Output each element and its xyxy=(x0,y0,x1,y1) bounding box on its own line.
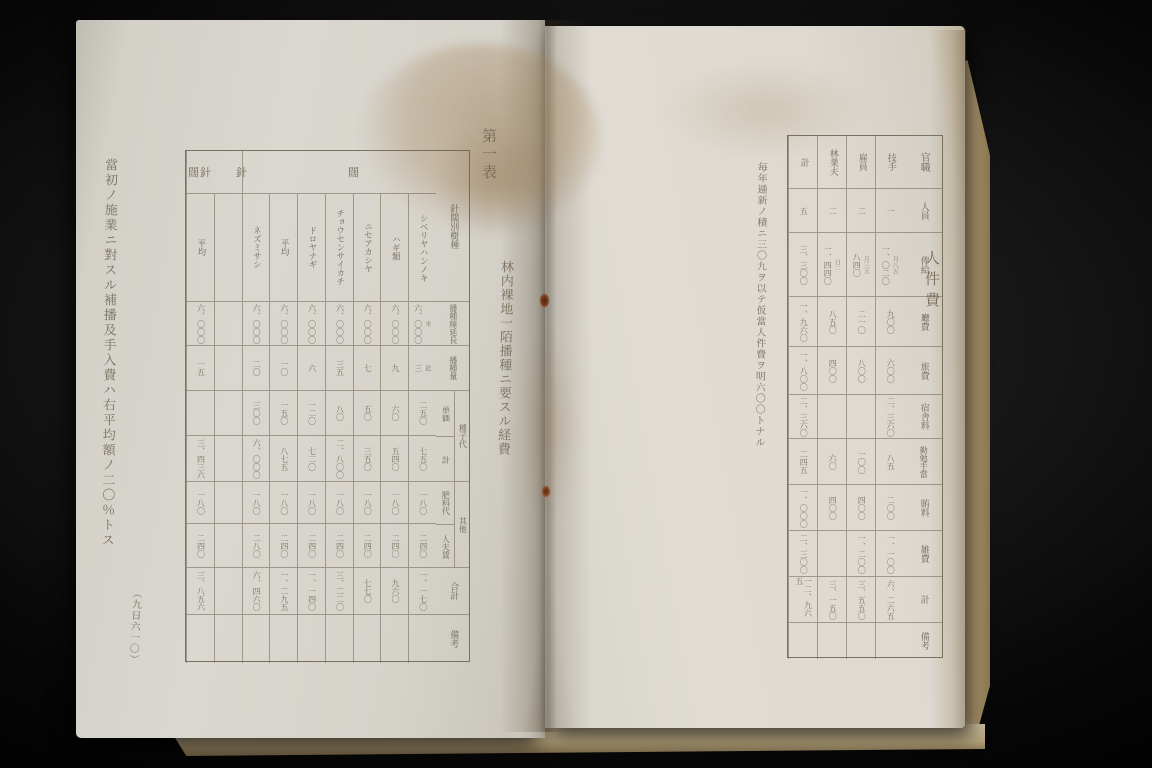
row-label: 計 xyxy=(441,456,449,464)
value-cell: 九〇〇 xyxy=(875,296,904,346)
value-fertilizer: 一八〇 xyxy=(252,491,260,515)
value-cell xyxy=(817,622,846,659)
value-cell: 一、一〇〇 xyxy=(875,530,904,576)
value-salary: 一、〇二〇 xyxy=(881,245,889,285)
value-cell: 二四〇 xyxy=(408,523,436,567)
value-cell: 四〇〇 xyxy=(846,484,875,530)
value-cell: 二〇〇 xyxy=(875,484,904,530)
value-cell: 六、二六五 xyxy=(875,576,904,622)
row-label-cell: 単価 xyxy=(436,391,454,436)
corner-label-top: 針闊別 xyxy=(448,204,457,231)
row-group-label: 種子代 xyxy=(455,391,469,481)
row-sublabels: 肥料代人夫賃 xyxy=(436,482,455,567)
value-unit_price: 五〇 xyxy=(363,405,371,421)
value-fertilizer: 一八〇 xyxy=(335,491,343,515)
row-label: 宿舎料 xyxy=(918,403,927,430)
value-total: 三、八五六 xyxy=(196,571,204,611)
species-name: 平均 xyxy=(196,239,205,256)
value-cell xyxy=(214,435,242,481)
row-label-cell: 人夫賃 xyxy=(436,524,454,567)
value-cell: 五四〇 xyxy=(380,435,408,481)
value-labor: 二四〇 xyxy=(307,534,315,558)
value-subtotal: 八七五 xyxy=(280,447,288,471)
occupation-column-3: 林業夫二日二一、四四〇八五〇四〇〇六〇四〇〇三、一五〇 xyxy=(817,136,846,657)
value-cell: 六、〇〇〇 xyxy=(325,301,353,345)
group-band-cell xyxy=(408,151,436,193)
species-name: ハギ類 xyxy=(390,235,399,261)
value-cell xyxy=(353,614,381,663)
group-band-cell xyxy=(269,151,297,193)
unit-mark: 米 xyxy=(423,321,432,327)
occupation-name-cell: 計 xyxy=(788,136,817,188)
value-fertilizer: 一八〇 xyxy=(391,491,399,515)
value-cell: 八五〇 xyxy=(817,296,846,346)
value-line_length: 六、〇〇〇 xyxy=(252,304,260,344)
row-label-cell: 宿舎料 xyxy=(904,394,942,438)
value-fertilizer: 一八〇 xyxy=(363,491,371,515)
value-subtotal: 三、四三六 xyxy=(196,439,204,479)
row-label: 合計 xyxy=(448,582,457,600)
value-headcount: 一 xyxy=(886,207,894,215)
value-cell: 二五〇 xyxy=(408,390,436,435)
value-cell: 一、二〇〇 xyxy=(846,530,875,576)
species-column-2: ハギ類六、〇〇〇九六〇五四〇一八〇二四〇九六〇 xyxy=(380,151,408,661)
value-cell: 一八〇 xyxy=(408,481,436,523)
species-name: ドロヤナギ xyxy=(307,226,316,269)
group-band-cell xyxy=(186,151,214,193)
row-label: 播種線延長 xyxy=(448,304,456,344)
value-cell: 六、四六〇 xyxy=(242,567,270,614)
species-column-8 xyxy=(214,151,242,661)
species-name: チョウセンサイカチ xyxy=(335,209,344,286)
value-cell xyxy=(325,614,353,663)
value-cell: 七 xyxy=(353,345,381,390)
value-cell: 六、〇〇〇 xyxy=(297,301,325,345)
binding-hole-top xyxy=(540,294,549,307)
row-group-label: 其他 xyxy=(455,482,469,567)
photo-stage: 當初ノ施業ニ對スル補播及手入費ハ右平均額ノ二〇％トス （九日六一〇） 第一表 林… xyxy=(0,0,1152,768)
value-unit_price: 三〇〇 xyxy=(252,401,260,425)
value-cell: 一 xyxy=(875,188,904,232)
value-cell: 八五 xyxy=(875,438,904,484)
value-cell: 二四〇 xyxy=(269,523,297,567)
value-lodging: 二、三六〇 xyxy=(886,397,894,437)
row-label-cell: 廳費 xyxy=(904,296,942,346)
value-travel: 四〇〇 xyxy=(828,359,836,383)
value-cell: 六〇 xyxy=(380,390,408,435)
value-cell: 二四〇 xyxy=(297,523,325,567)
personnel-cost-table: 官職人員俸給廳費旅費宿舎料勤勉手當賄料雑費計備考技手一月八五一、〇二〇九〇〇六〇… xyxy=(787,135,943,658)
value-cell: 八七五 xyxy=(269,435,297,481)
value-cell: 一八〇 xyxy=(186,481,214,523)
value-cell: 二、三六〇 xyxy=(875,394,904,438)
value-cell: 一八〇 xyxy=(297,481,325,523)
value-cell xyxy=(214,523,242,567)
row-label: 計 xyxy=(918,595,927,604)
value-cell: 一八〇 xyxy=(269,481,297,523)
value-seed_amount: 一五 xyxy=(196,360,204,376)
species-name-cell: シベリヤハンノキ xyxy=(408,193,436,301)
value-cell: 七七〇 xyxy=(353,567,381,614)
value-cell: 三、五五〇 xyxy=(846,576,875,622)
salary-note: 月三五 xyxy=(861,256,870,274)
value-subtotal: 七二〇 xyxy=(307,447,315,471)
group-band-cell xyxy=(353,151,381,193)
value-office: 二一〇 xyxy=(857,310,865,334)
value-seed_amount: 六 xyxy=(307,364,315,372)
value-labor: 二四〇 xyxy=(280,534,288,558)
value-total: 三、五五〇 xyxy=(857,580,865,620)
occupation-name: 林業夫 xyxy=(827,149,836,176)
value-headcount: 二 xyxy=(857,207,865,215)
value-board: 四〇〇 xyxy=(857,496,865,520)
row-label-cell: 人員 xyxy=(904,188,942,232)
value-cell: 一八〇 xyxy=(325,481,353,523)
value-unit_price: 一五〇 xyxy=(280,401,288,425)
value-cell: 六〇 xyxy=(817,438,846,484)
row-group-label-text: 種子代 xyxy=(458,424,466,448)
value-cell: 五〇 xyxy=(353,390,381,435)
value-cell: 三五〇 xyxy=(353,435,381,481)
value-cell xyxy=(380,614,408,663)
value-office: 八五〇 xyxy=(828,310,836,334)
corner-label-cell: 針闊別樹種 xyxy=(436,151,469,301)
value-cell xyxy=(817,394,846,438)
row-label: 廳費 xyxy=(918,313,927,331)
value-subtotal: 七五〇 xyxy=(418,447,426,471)
value-cell: 二、三六〇 xyxy=(788,394,817,438)
value-cell: 三〇〇 xyxy=(242,390,270,435)
value-line_length: 六、〇〇〇 xyxy=(335,304,343,344)
species-name-cell: 平均 xyxy=(269,193,297,301)
binding-hole-bottom xyxy=(542,486,550,497)
occupation-column-2: 雇員二月三五八四〇二一〇八〇〇一〇〇四〇〇一、二〇〇三、五五〇 xyxy=(846,136,875,657)
value-total: 九六〇 xyxy=(391,579,399,603)
corner-label-cell: 官職 xyxy=(904,136,942,188)
salary-note: 月八五 xyxy=(890,256,899,274)
value-cell: 一〇〇 xyxy=(846,438,875,484)
value-cell xyxy=(242,614,270,663)
row-group-label-text: 其他 xyxy=(458,517,466,533)
row-label: 人員 xyxy=(918,202,927,220)
value-line_length: 六、〇〇〇 xyxy=(280,304,288,344)
value-cell: 一、二九五 xyxy=(269,567,297,614)
value-cell: 六、〇〇〇 xyxy=(269,301,297,345)
row-label: 人夫賃 xyxy=(441,535,449,559)
value-labor: 二四〇 xyxy=(363,534,371,558)
value-salary: 八四〇 xyxy=(852,253,860,277)
unit-mark: 瓩 xyxy=(423,365,432,371)
value-cell: 四〇〇 xyxy=(817,484,846,530)
species-column-7: ネズミサシ六、〇〇〇二〇三〇〇六、〇〇〇一八〇二八〇六、四六〇 xyxy=(242,151,270,661)
species-column-1: シベリヤハンノキ六、〇〇〇米三瓩二五〇七五〇一八〇二四〇一、一七〇 xyxy=(408,151,436,661)
value-labor: 二四〇 xyxy=(196,534,204,558)
row-label-cell: 播種量 xyxy=(436,345,469,390)
value-diligence: 二四五 xyxy=(799,450,807,474)
value-unit_price: 八〇 xyxy=(335,405,343,421)
species-name-cell: ハギ類 xyxy=(380,193,408,301)
value-cell xyxy=(846,394,875,438)
value-cell: 一、八〇〇 xyxy=(788,346,817,394)
occupation-name-cell: 雇員 xyxy=(846,136,875,188)
value-cell: 一二、九六五 xyxy=(788,576,817,622)
value-total: 一、二九五 xyxy=(280,571,288,611)
value-cell: 一〇 xyxy=(269,345,297,390)
value-line_length: 六、〇〇〇 xyxy=(413,304,421,344)
value-board: 四〇〇 xyxy=(828,496,836,520)
value-diligence: 八五 xyxy=(886,454,894,470)
value-travel: 一、八〇〇 xyxy=(799,351,807,391)
value-cell: 三五 xyxy=(325,345,353,390)
value-travel: 六〇〇 xyxy=(886,359,894,383)
row-label-cell: 俸給 xyxy=(904,232,942,296)
value-cell: 六、〇〇〇米 xyxy=(408,301,436,345)
value-cell xyxy=(269,614,297,663)
value-cell xyxy=(214,481,242,523)
row-label: 播種量 xyxy=(448,356,456,380)
group-band-cell xyxy=(214,151,242,193)
water-stain-gutter xyxy=(520,330,580,520)
species-name: シベリヤハンノキ xyxy=(418,214,427,282)
value-cell: 二八〇 xyxy=(242,523,270,567)
value-cell xyxy=(875,622,904,659)
value-cell: 二一〇 xyxy=(846,296,875,346)
value-cell xyxy=(408,614,436,663)
row-label: 備考 xyxy=(918,632,927,650)
value-cell xyxy=(214,390,242,435)
value-salary: 一、四四〇 xyxy=(823,245,831,285)
value-headcount: 五 xyxy=(799,207,807,215)
corner-label: 官職 xyxy=(918,152,929,172)
row-sublabels: 単価計 xyxy=(436,391,455,481)
row-label: 備考 xyxy=(448,630,457,648)
species-name-cell: 平均 xyxy=(186,193,214,301)
value-cell: 六 xyxy=(297,345,325,390)
value-seed_amount: 九 xyxy=(391,364,399,372)
row-label-cell: 雑費 xyxy=(904,530,942,576)
value-unit_price: 六〇 xyxy=(391,405,399,421)
row-label-cell: 合計 xyxy=(436,567,469,614)
value-subtotal: 二、八〇〇 xyxy=(335,439,343,479)
value-cell: 二四〇 xyxy=(325,523,353,567)
value-cell xyxy=(297,614,325,663)
value-cell: 一、一七〇 xyxy=(408,567,436,614)
row-label-cell: 備考 xyxy=(904,622,942,659)
row-label-cell: 計 xyxy=(436,436,454,481)
value-cell xyxy=(186,614,214,663)
value-cell xyxy=(214,614,242,663)
value-cell xyxy=(214,345,242,390)
value-cell: 四〇〇 xyxy=(817,346,846,394)
value-diligence: 一〇〇 xyxy=(857,450,865,474)
value-cell: 三、四三六 xyxy=(186,435,214,481)
row-label-cell: 備考 xyxy=(436,614,469,663)
value-cell: 八〇〇 xyxy=(846,346,875,394)
value-cell xyxy=(846,622,875,659)
row-label-cell: 播種線延長 xyxy=(436,301,469,345)
value-travel: 八〇〇 xyxy=(857,359,865,383)
value-labor: 二八〇 xyxy=(252,534,260,558)
row-label: 単価 xyxy=(441,406,449,422)
value-total: 七七〇 xyxy=(363,579,371,603)
value-cell: 一、〇〇〇 xyxy=(788,484,817,530)
row-label-column: 官職人員俸給廳費旅費宿舎料勤勉手當賄料雑費計備考 xyxy=(904,136,942,657)
value-cell: 二、三〇〇 xyxy=(788,530,817,576)
value-cell: 一八〇 xyxy=(353,481,381,523)
value-cell: 一五〇 xyxy=(269,390,297,435)
row-label: 賄料 xyxy=(918,499,927,517)
value-misc: 二、三〇〇 xyxy=(799,534,807,574)
value-total: 一、一七〇 xyxy=(418,571,426,611)
value-cell: 六、〇〇〇 xyxy=(353,301,381,345)
value-office: 九〇〇 xyxy=(886,310,894,334)
row-label-group-cell: 其他肥料代人夫賃 xyxy=(436,481,469,567)
value-cell: 二、八〇〇 xyxy=(325,435,353,481)
value-cell xyxy=(186,390,214,435)
value-cell: 三、八五六 xyxy=(186,567,214,614)
row-label-cell: 賄料 xyxy=(904,484,942,530)
value-cell: 六〇〇 xyxy=(875,346,904,394)
value-salary: 三、三〇〇 xyxy=(799,245,807,285)
value-cell: 六、〇〇〇 xyxy=(242,301,270,345)
row-label: 雑費 xyxy=(918,545,927,563)
value-misc: 一、二〇〇 xyxy=(857,534,865,574)
value-cell: 二四〇 xyxy=(186,523,214,567)
value-cell: 三、三〇〇 xyxy=(788,232,817,296)
species-column-9: 平均六、〇〇〇一五三、四三六一八〇二四〇三、八五六 xyxy=(186,151,214,661)
species-column-6: 平均六、〇〇〇一〇一五〇八七五一八〇二四〇一、二九五 xyxy=(269,151,297,661)
value-cell: 二四〇 xyxy=(380,523,408,567)
value-cell: 七二〇 xyxy=(297,435,325,481)
species-name: ネズミサシ xyxy=(251,226,260,269)
row-label: 勤勉手當 xyxy=(919,446,927,478)
value-seed_amount: 一〇 xyxy=(280,360,288,376)
value-subtotal: 六、〇〇〇 xyxy=(252,439,260,479)
value-total: 三、一五〇 xyxy=(828,580,836,620)
occupation-name: 計 xyxy=(798,158,807,167)
value-fertilizer: 一八〇 xyxy=(280,491,288,515)
value-cell xyxy=(788,622,817,659)
value-total: 三、二二〇 xyxy=(335,571,343,611)
value-total: 六、四六〇 xyxy=(252,571,260,611)
value-cell: 一、一四〇 xyxy=(297,567,325,614)
occupation-column-4: 計五三、三〇〇一、九六〇一、八〇〇二、三六〇二四五一、〇〇〇二、三〇〇一二、九六… xyxy=(788,136,817,657)
row-label-cell: 計 xyxy=(904,576,942,622)
value-diligence: 六〇 xyxy=(828,454,836,470)
value-board: 二〇〇 xyxy=(886,496,894,520)
value-line_length: 六、〇〇〇 xyxy=(196,304,204,344)
value-cell: 九 xyxy=(380,345,408,390)
value-total: 六、二六五 xyxy=(886,580,894,620)
value-cell: 六、〇〇〇 xyxy=(242,435,270,481)
value-office: 一、九六〇 xyxy=(799,302,807,342)
value-headcount: 二 xyxy=(828,207,836,215)
species-name-cell: チョウセンサイカチ xyxy=(325,193,353,301)
value-cell: 日二一、四四〇 xyxy=(817,232,846,296)
value-labor: 二四〇 xyxy=(418,534,426,558)
species-name-cell: ニセアカシヤ xyxy=(353,193,381,301)
value-cell: 一二〇 xyxy=(297,390,325,435)
value-cell: 月八五一、〇二〇 xyxy=(875,232,904,296)
species-name: ニセアカシヤ xyxy=(363,222,372,273)
value-cell: 六、〇〇〇 xyxy=(186,301,214,345)
value-cell: 九六〇 xyxy=(380,567,408,614)
value-fertilizer: 一八〇 xyxy=(307,491,315,515)
row-label: 俸給 xyxy=(918,256,927,274)
row-label-cell: 肥料代 xyxy=(436,482,454,524)
species-column-4: チョウセンサイカチ六、〇〇〇三五八〇二、八〇〇一八〇二四〇三、二二〇 xyxy=(325,151,353,661)
value-cell: 三、一五〇 xyxy=(817,576,846,622)
value-subtotal: 五四〇 xyxy=(391,447,399,471)
right-side-note: 毎年逓新ノ積ニ三〇九ヲ以テ仮當人件費ヲ明六〇〇トナル xyxy=(751,162,769,462)
row-label-column: 針闊別樹種播種線延長播種量種子代単価計其他肥料代人夫賃合計備考 xyxy=(436,151,469,661)
value-cell: 二〇 xyxy=(242,345,270,390)
value-cell: 三、二二〇 xyxy=(325,567,353,614)
value-cell: 一五 xyxy=(186,345,214,390)
value-seed_amount: 三 xyxy=(413,364,421,372)
value-total: 一、一四〇 xyxy=(307,571,315,611)
value-total: 一二、九六五 xyxy=(795,577,812,622)
group-band-cell xyxy=(297,151,325,193)
row-label-cell: 旅費 xyxy=(904,346,942,394)
value-cell: 二四〇 xyxy=(353,523,381,567)
species-name-cell: ネズミサシ xyxy=(242,193,270,301)
value-cell: 六、〇〇〇 xyxy=(380,301,408,345)
value-seed_amount: 七 xyxy=(363,364,371,372)
row-label: 肥料代 xyxy=(441,491,449,515)
value-cell: 月三五八四〇 xyxy=(846,232,875,296)
value-cell: 一八〇 xyxy=(380,481,408,523)
value-unit_price: 二五〇 xyxy=(418,401,426,425)
value-fertilizer: 一八〇 xyxy=(418,491,426,515)
occupation-name: 雇員 xyxy=(856,153,865,171)
species-name-cell xyxy=(214,193,242,301)
row-label-group-cell: 種子代単価計 xyxy=(436,390,469,481)
occupation-column-1: 技手一月八五一、〇二〇九〇〇六〇〇二、三六〇八五二〇〇一、一〇〇六、二六五 xyxy=(875,136,904,657)
value-seed_amount: 三五 xyxy=(335,360,343,376)
group-band-cell xyxy=(380,151,408,193)
value-misc: 一、一〇〇 xyxy=(886,534,894,574)
group-band-cell xyxy=(325,151,353,193)
value-cell: 七五〇 xyxy=(408,435,436,481)
value-line_length: 六、〇〇〇 xyxy=(363,304,371,344)
row-label-cell: 勤勉手當 xyxy=(904,438,942,484)
salary-note: 日二 xyxy=(832,259,841,271)
value-cell xyxy=(214,301,242,345)
value-board: 一、〇〇〇 xyxy=(799,488,807,528)
occupation-name-cell: 技手 xyxy=(875,136,904,188)
value-cell: 一八〇 xyxy=(242,481,270,523)
value-seed_amount: 二〇 xyxy=(252,360,260,376)
value-line_length: 六、〇〇〇 xyxy=(307,304,315,344)
value-line_length: 六、〇〇〇 xyxy=(391,304,399,344)
group-band-cell xyxy=(242,151,270,193)
corner-label-species: 樹種 xyxy=(448,231,457,249)
species-name-cell: ドロヤナギ xyxy=(297,193,325,301)
species-column-3: ニセアカシヤ六、〇〇〇七五〇三五〇一八〇二四〇七七〇 xyxy=(353,151,381,661)
value-cell: 五 xyxy=(788,188,817,232)
value-subtotal: 三五〇 xyxy=(363,447,371,471)
left-table-title: 第一表 xyxy=(479,128,500,198)
value-cell: 三瓩 xyxy=(408,345,436,390)
value-labor: 二四〇 xyxy=(335,534,343,558)
value-cell: 二 xyxy=(846,188,875,232)
value-cell xyxy=(817,530,846,576)
value-cell: 八〇 xyxy=(325,390,353,435)
row-label: 旅費 xyxy=(918,362,927,380)
value-cell: 二 xyxy=(817,188,846,232)
value-labor: 二四〇 xyxy=(391,534,399,558)
